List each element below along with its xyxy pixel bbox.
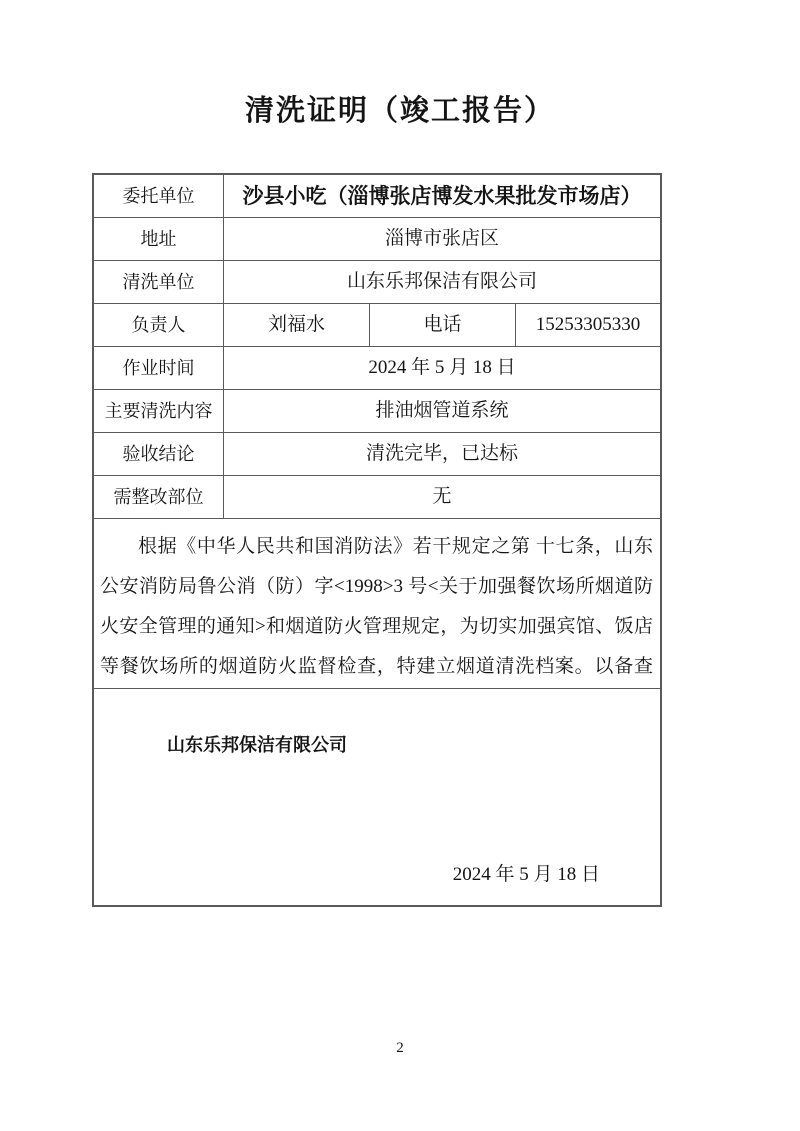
cell-value-rectification: 无	[223, 476, 660, 518]
cell-label-cleaning-content: 主要清洗内容	[94, 390, 223, 432]
cell-value-acceptance-conclusion: 清洗完毕，已达标	[223, 433, 660, 475]
table-row-acceptance-conclusion: 验收结论 清洗完毕，已达标	[94, 433, 660, 476]
cell-label-cleaning-company: 清洗单位	[94, 261, 223, 303]
signature-row: 山东乐邦保洁有限公司 2024 年 5 月 18 日	[94, 689, 660, 905]
page-number: 2	[0, 1040, 800, 1057]
page-title: 清洗证明（竣工报告）	[0, 94, 800, 129]
cell-label-client: 委托单位	[94, 175, 223, 217]
signature-company: 山东乐邦保洁有限公司	[167, 731, 347, 757]
notice-paragraph-row: 根据《中华人民共和国消防法》若干规定之第 十七条，山东公安消防局鲁公消（防）字<…	[94, 519, 660, 689]
cell-label-address: 地址	[94, 218, 223, 260]
document-page: 清洗证明（竣工报告） 委托单位 沙县小吃（淄博张店博发水果批发市场店） 地址 淄…	[0, 0, 800, 1131]
table-row-address: 地址 淄博市张店区	[94, 218, 660, 261]
cell-value-phone: 15253305330	[515, 304, 660, 346]
cell-label-phone: 电话	[369, 304, 515, 346]
cell-value-responsible-person: 刘福水	[223, 304, 369, 346]
cell-value-address: 淄博市张店区	[223, 218, 660, 260]
cell-value-client: 沙县小吃（淄博张店博发水果批发市场店）	[223, 175, 660, 217]
table-row-cleaning-content: 主要清洗内容 排油烟管道系统	[94, 390, 660, 433]
cell-value-cleaning-content: 排油烟管道系统	[223, 390, 660, 432]
table-row-client: 委托单位 沙县小吃（淄博张店博发水果批发市场店）	[94, 175, 660, 218]
cell-value-work-date: 2024 年 5 月 18 日	[223, 347, 660, 389]
table-row-responsible-person: 负责人 刘福水 电话 15253305330	[94, 304, 660, 347]
cell-label-acceptance-conclusion: 验收结论	[94, 433, 223, 475]
notice-paragraph: 根据《中华人民共和国消防法》若干规定之第 十七条，山东公安消防局鲁公消（防）字<…	[94, 519, 660, 689]
signature-date: 2024 年 5 月 18 日	[453, 859, 600, 886]
cell-value-cleaning-company: 山东乐邦保洁有限公司	[223, 261, 660, 303]
table-row-cleaning-company: 清洗单位 山东乐邦保洁有限公司	[94, 261, 660, 304]
cell-label-responsible-person: 负责人	[94, 304, 223, 346]
report-table: 委托单位 沙县小吃（淄博张店博发水果批发市场店） 地址 淄博市张店区 清洗单位 …	[92, 173, 662, 907]
table-row-rectification: 需整改部位 无	[94, 476, 660, 519]
cell-label-rectification: 需整改部位	[94, 476, 223, 518]
cell-label-work-date: 作业时间	[94, 347, 223, 389]
table-row-work-date: 作业时间 2024 年 5 月 18 日	[94, 347, 660, 390]
